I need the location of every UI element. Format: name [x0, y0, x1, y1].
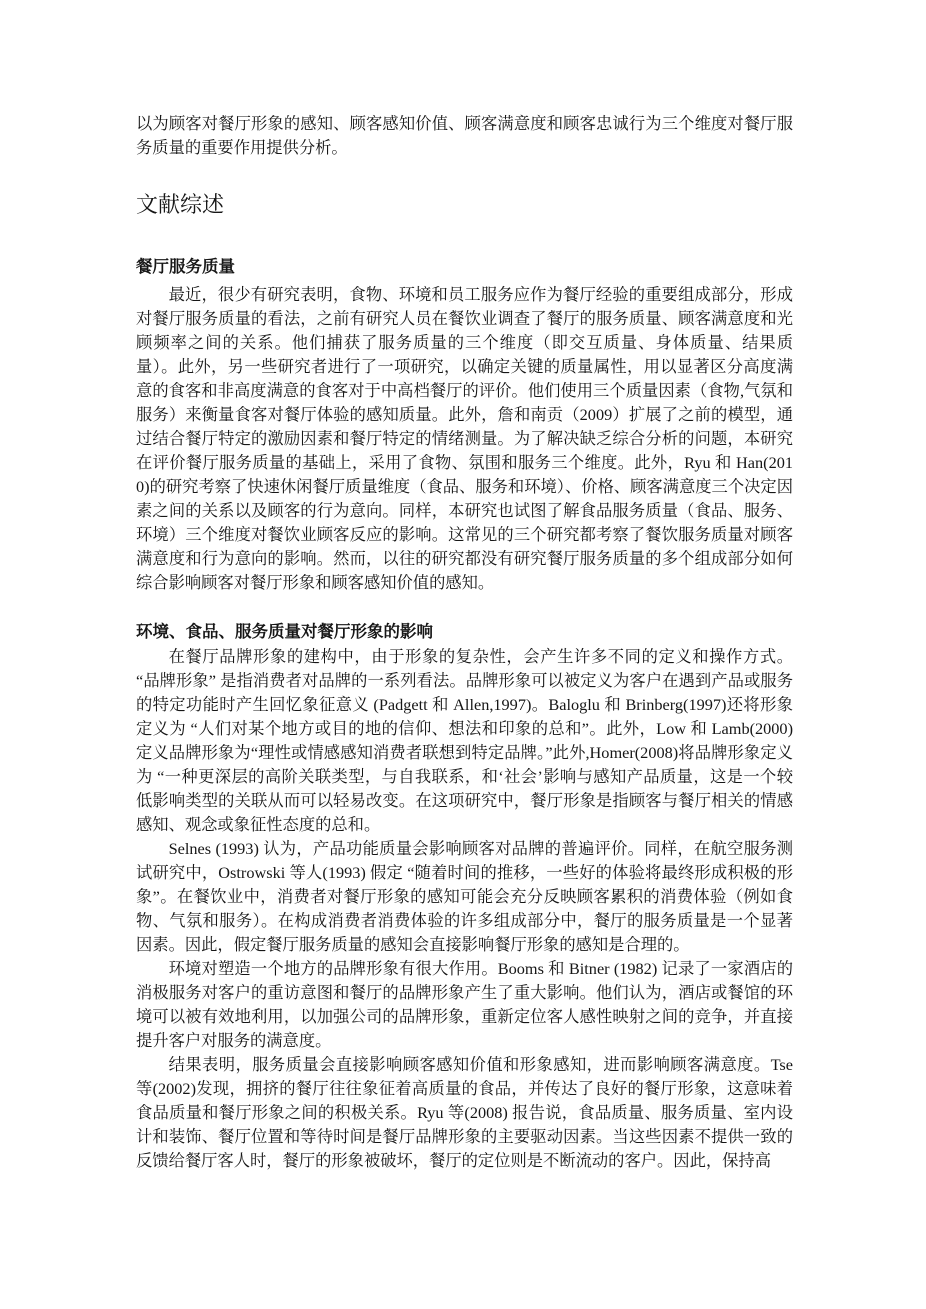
- paragraph-brand-image-definitions: 在餐厅品牌形象的建构中，由于形象的复杂性，会产生许多不同的定义和操作方式。“品牌…: [136, 645, 793, 837]
- subheading-restaurant-service-quality: 餐厅服务质量: [136, 255, 793, 279]
- paragraph-environment-brand-image: 环境对塑造一个地方的品牌形象有很大作用。Booms 和 Bitner (1982…: [136, 957, 793, 1053]
- paragraph-selnes-ostrowski: Selnes (1993) 认为，产品功能质量会影响顾客对品牌的普遍评价。同样，…: [136, 837, 793, 957]
- subheading-environment-food-service-impact: 环境、食品、服务质量对餐厅形象的影响: [136, 620, 793, 644]
- intro-paragraph: 以为顾客对餐厅形象的感知、顾客感知价值、顾客满意度和顾客忠诚行为三个维度对餐厅服…: [136, 112, 793, 160]
- paragraph-results-tse-ryu: 结果表明，服务质量会直接影响顾客感知价值和形象感知，进而影响顾客满意度。Tse …: [136, 1053, 793, 1173]
- heading-literature-review: 文献综述: [136, 190, 793, 220]
- document-page: 以为顾客对餐厅形象的感知、顾客感知价值、顾客满意度和顾客忠诚行为三个维度对餐厅服…: [0, 0, 926, 1309]
- text-column: 以为顾客对餐厅形象的感知、顾客感知价值、顾客满意度和顾客忠诚行为三个维度对餐厅服…: [136, 0, 793, 1173]
- paragraph-service-quality: 最近，很少有研究表明，食物、环境和员工服务应作为餐厅经验的重要组成部分，形成对餐…: [136, 283, 793, 595]
